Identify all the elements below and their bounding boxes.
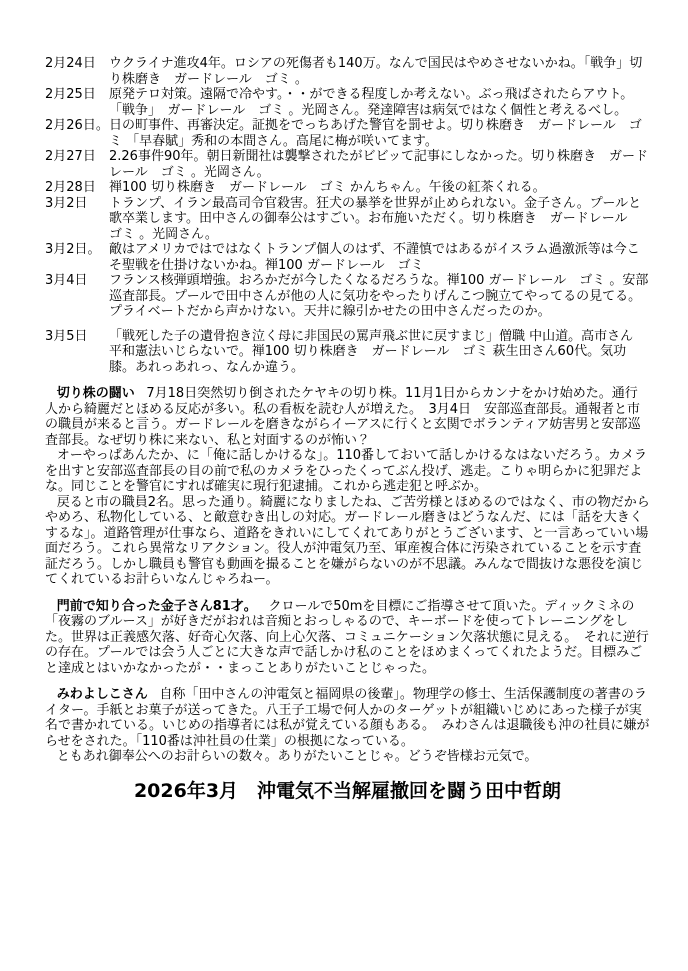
entry-text: 禅100 切り株磨き ガードレール ゴミ かんちゃん。午後の紅茶くれる。 [109,180,650,196]
entry-text: 「戦死した子の遺骨抱き泣く母に非国民の罵声飛ぶ世に戻すまじ」僧職 中山道。高市さ… [109,329,650,376]
entry-date: 2月27日 [45,149,109,165]
section-lead-paragraph: 切り株の闘い7月18日突然切り倒されたケヤキの切り株。11月1日からカンナをかけ… [45,386,650,448]
entry-date: 3月5日 [45,329,109,345]
diary-entry: 3月2日。 敵はアメリカではではなくトランプ個人のはず、不謹慎ではあるがイスラム… [45,242,650,273]
diary-entry: 3月5日 「戦死した子の遺骨抱き泣く母に非国民の罵声飛ぶ世に戻すまじ」僧職 中山… [45,329,650,376]
diary-entry: 2月28日 禅100 切り株磨き ガードレール ゴミ かんちゃん。午後の紅茶くれ… [45,180,650,196]
section-kaneko-san: 門前で知り合った金子さん81才。クロールで50mを目標にご指導させて頂いた。ディ… [45,599,650,677]
diary-entry: 3月2日 トランプ、イラン最高司令官殺害。狂犬の暴挙を世界が止められない。金子さ… [45,196,650,243]
diary-entry-list: 2月24日 ウクライナ進攻4年。ロシアの死傷者も140万。なんで国民はやめさせな… [45,56,650,375]
entry-date: 2月25日 [45,87,109,103]
diary-entry: 2月27日 2.26事件90年。朝日新聞社は襲撃されたがビビッて記事にしなかった… [45,149,650,180]
entry-text: トランプ、イラン最高司令官殺害。狂犬の暴挙を世界が止められない。金子さん。プール… [109,196,650,243]
entry-text: 敵はアメリカではではなくトランプ個人のはず、不謹慎ではあるがイスラム過激派等は今… [109,242,650,273]
diary-entry: 2月25日 原発テロ対策。遠隔で冷やす。・・ができる程度しか考えない。ぶっ飛ばさ… [45,87,650,118]
diary-entry: 2月26日。 日の町事件、再審決定。証拠をでっちあげた警官を罰せよ。切り株磨き … [45,118,650,149]
section-lead-paragraph: みわよしこさん自称「田中さんの沖電気と福岡県の後輩」。物理学の修士、生活保護制度… [45,687,650,749]
section-paragraph: 戻ると市の職員2名。思った通り。綺麗になりましたね、ご苦労様とほめるのではなく、… [45,495,650,588]
entry-date: 2月24日 [45,56,109,72]
newsletter-page: 2月24日 ウクライナ進攻4年。ロシアの死傷者も140万。なんで国民はやめさせな… [0,0,688,803]
section-lead-paragraph: 門前で知り合った金子さん81才。クロールで50mを目標にご指導させて頂いた。ディ… [45,599,650,677]
diary-entry: 3月4日 フランス核弾頭増強。おろかだが今したくなるだろうな。禅100 ガードレ… [45,273,650,320]
entry-date: 3月2日 [45,196,109,212]
entry-date: 2月28日 [45,180,109,196]
footer-title: 2026年3月 沖電気不当解雇撤回を闘う田中哲朗 [45,779,650,803]
entry-text: 日の町事件、再審決定。証拠をでっちあげた警官を罰せよ。切り株磨き ガードレール … [109,118,650,149]
entry-text: 原発テロ対策。遠隔で冷やす。・・ができる程度しか考えない。ぶっ飛ばされたらアウト… [109,87,650,118]
section-miwa-yoshiko: みわよしこさん自称「田中さんの沖電気と福岡県の後輩」。物理学の修士、生活保護制度… [45,687,650,765]
section-title: 門前で知り合った金子さん81才。 [57,599,257,614]
section-title: 切り株の闘い [57,386,135,401]
entry-date: 3月2日。 [45,242,109,258]
section-paragraph: オーやっぱあんたか、に「俺に話しかけるな」。110番しておいて話しかけるなはない… [45,448,650,495]
entry-date: 2月26日。 [45,118,109,134]
section-title: みわよしこさん [57,687,148,702]
entry-text: フランス核弾頭増強。おろかだが今したくなるだろうな。禅100 ガードレール ゴミ… [109,273,650,320]
diary-entry: 2月24日 ウクライナ進攻4年。ロシアの死傷者も140万。なんで国民はやめさせな… [45,56,650,87]
entry-text: ウクライナ進攻4年。ロシアの死傷者も140万。なんで国民はやめさせないかね。「戦… [109,56,650,87]
section-paragraph: ともあれ御奉公へのお計らいの数々。ありがたいことじゃ。どうぞ皆様お元気で。 [45,749,650,765]
entry-text: 2.26事件90年。朝日新聞社は襲撃されたがビビッて記事にしなかった。切り株磨き… [109,149,650,180]
section-stump-fight: 切り株の闘い7月18日突然切り倒されたケヤキの切り株。11月1日からカンナをかけ… [45,386,650,588]
entry-date: 3月4日 [45,273,109,289]
